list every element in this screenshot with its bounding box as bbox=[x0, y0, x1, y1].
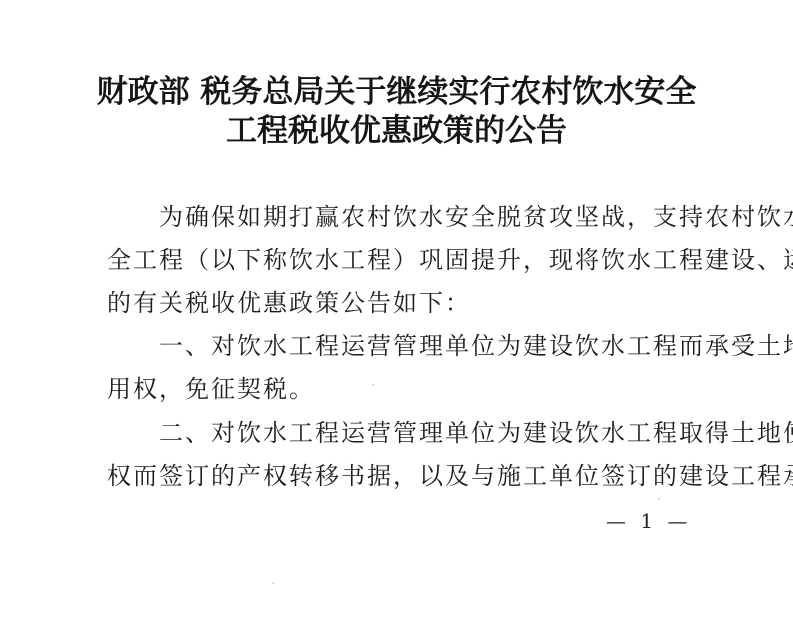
paragraph-intro-line-2: 全工程（以下称饮水工程）巩固提升，现将饮水工程建设、运营 bbox=[107, 245, 707, 275]
document-title-line-2: 工程税收优惠政策的公告 bbox=[0, 111, 793, 151]
document-page: 财政部 税务总局关于继续实行农村饮水安全 工程税收优惠政策的公告 为确保如期打赢… bbox=[0, 0, 793, 644]
clause-two-line-2: 权而签订的产权转移书据，以及与施工单位签订的建设工程承包 bbox=[107, 461, 707, 491]
page-number: — 1 — bbox=[606, 508, 686, 534]
scan-speck bbox=[658, 498, 660, 500]
scan-speck bbox=[272, 582, 274, 584]
clause-two-line-1: 二、对饮水工程运营管理单位为建设饮水工程取得土地使用 bbox=[159, 418, 707, 448]
scan-speck bbox=[372, 384, 374, 386]
paragraph-intro-line-3: 的有关税收优惠政策公告如下： bbox=[107, 288, 707, 318]
document-title-line-1: 财政部 税务总局关于继续实行农村饮水安全 bbox=[0, 72, 793, 112]
paragraph-intro-line-1: 为确保如期打赢农村饮水安全脱贫攻坚战，支持农村饮水安 bbox=[159, 202, 707, 232]
clause-one-line-2: 用权，免征契税。 bbox=[107, 374, 707, 404]
clause-one-line-1: 一、对饮水工程运营管理单位为建设饮水工程而承受土地使 bbox=[159, 331, 707, 361]
